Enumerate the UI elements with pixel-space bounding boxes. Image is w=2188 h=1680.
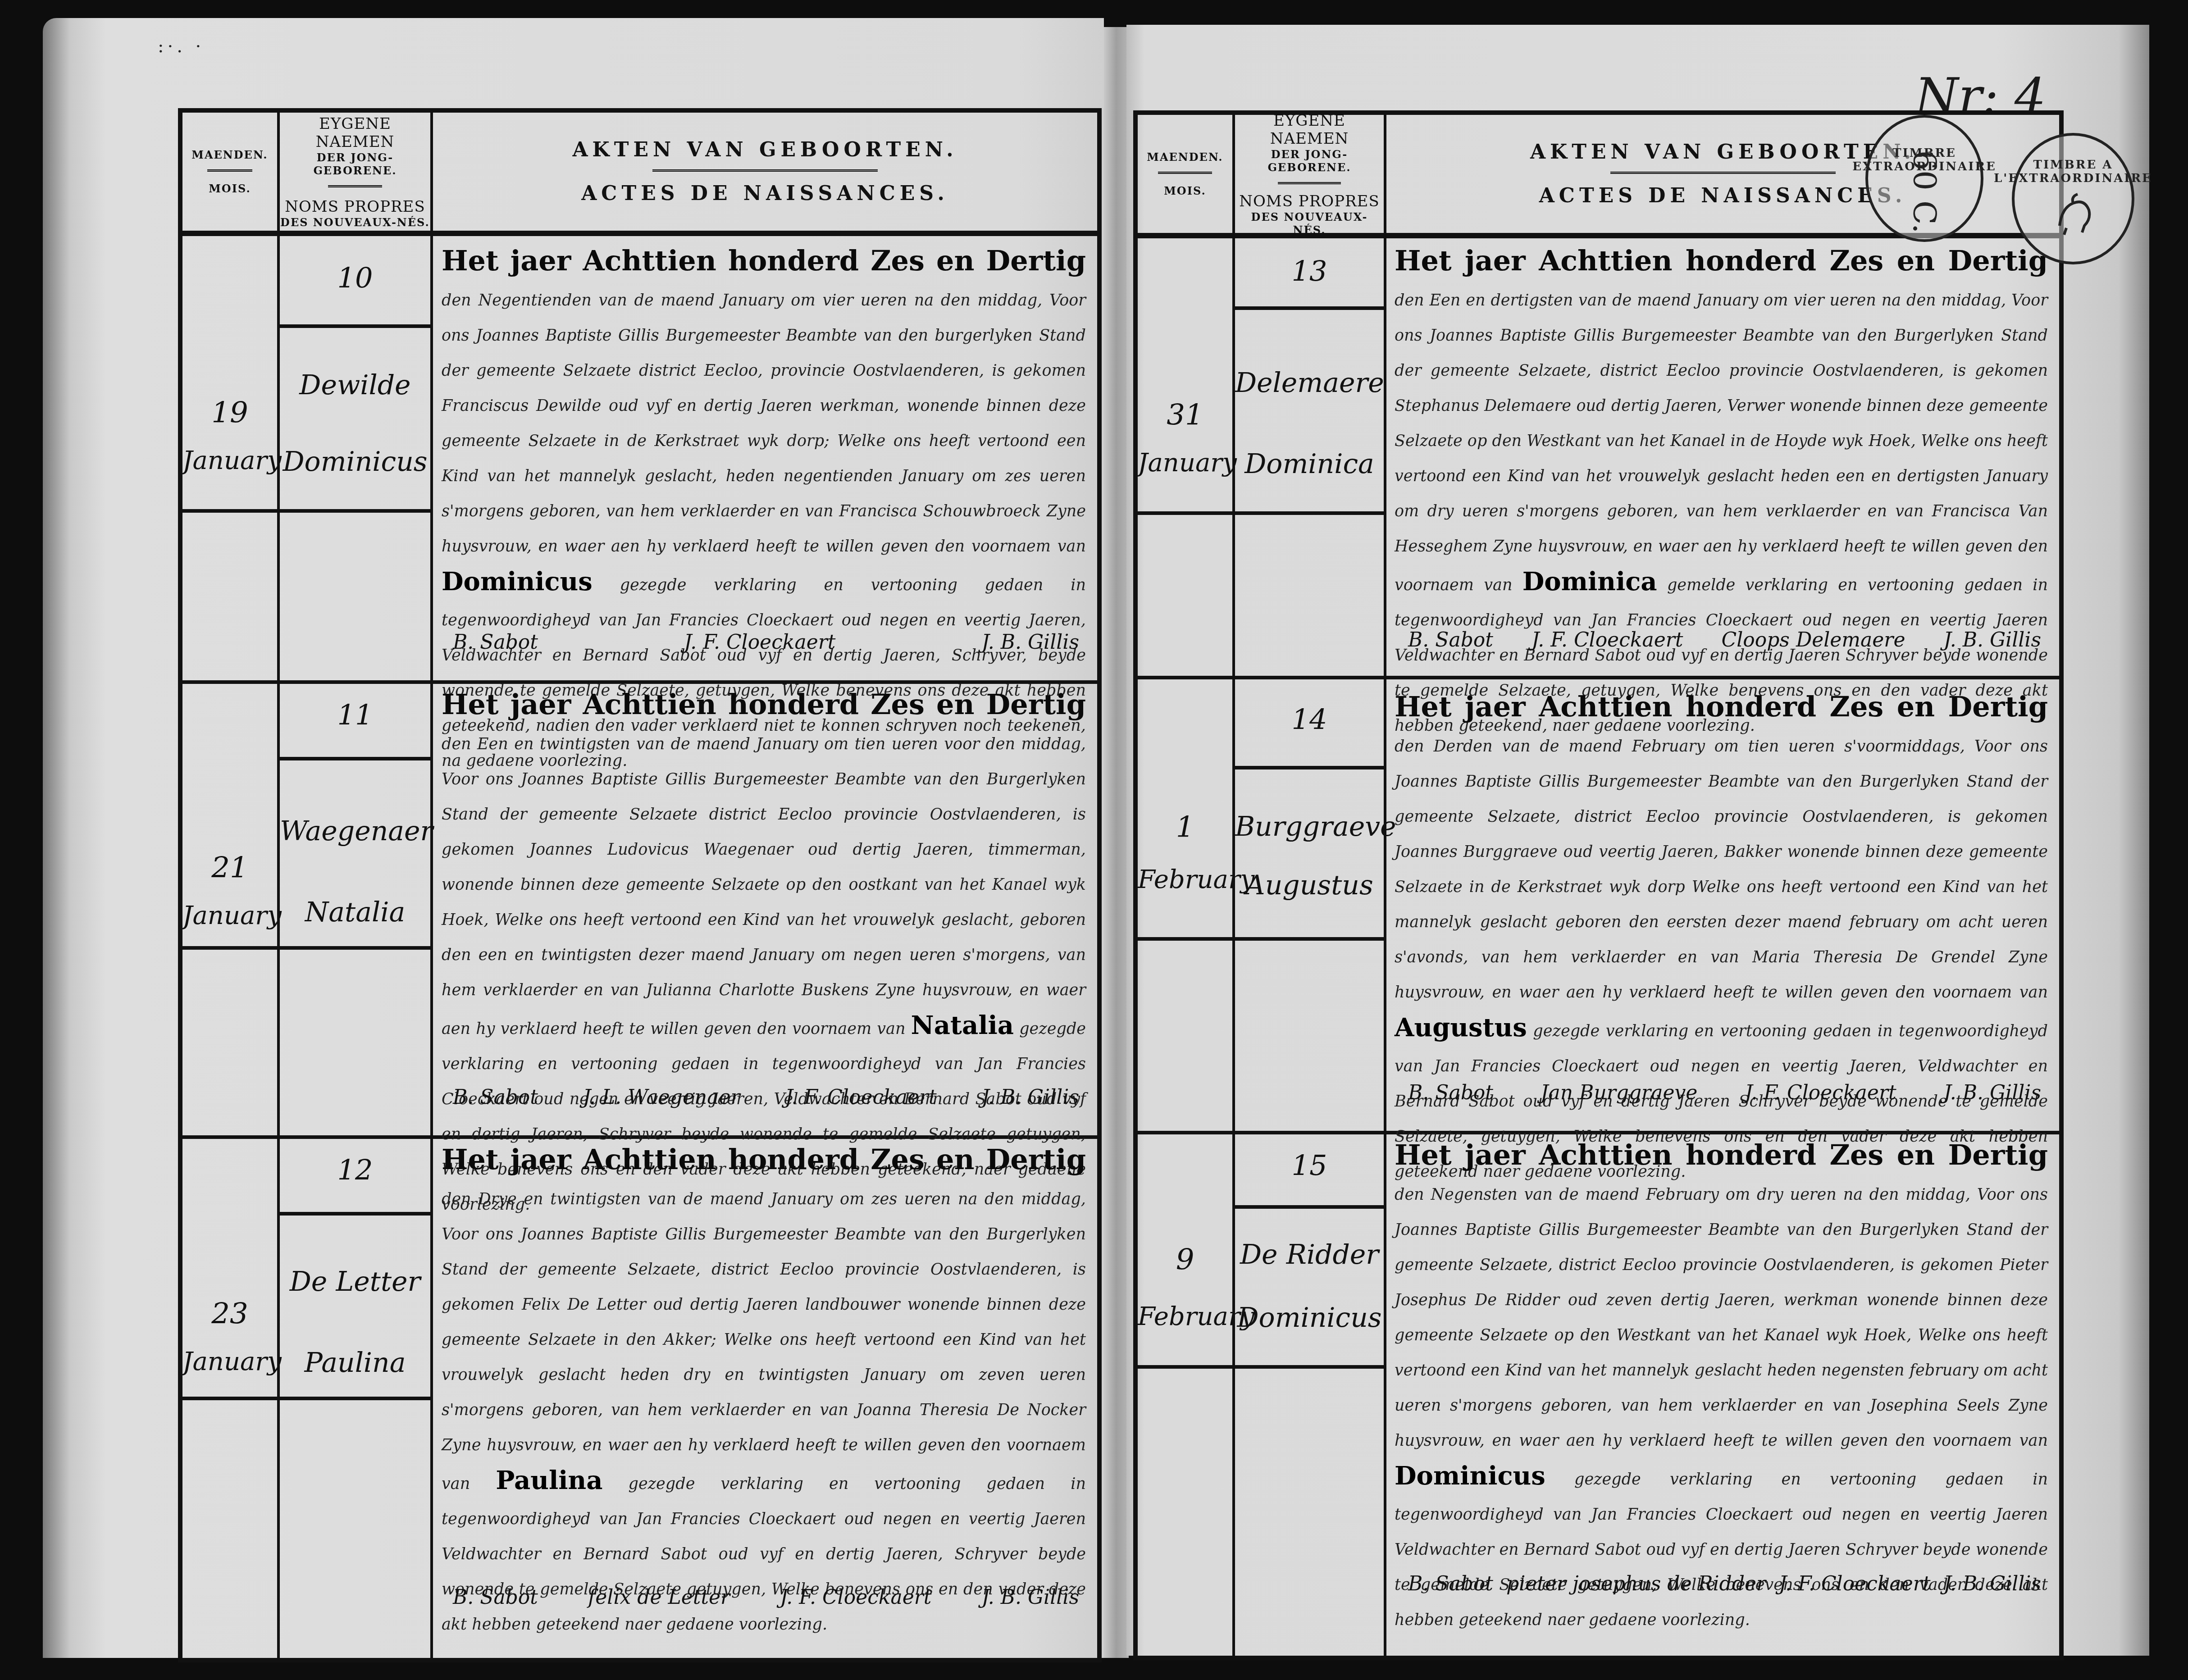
signature: B. Sabot: [1408, 628, 1493, 651]
signature: B. Sabot: [1408, 1572, 1493, 1595]
right-register-table: MAENDEN. MOIS. EYGENE NAEMEN DER JONG-GE…: [1133, 110, 2064, 1660]
child-surname: De Letter: [280, 1266, 430, 1298]
header-divider: [1158, 172, 1212, 176]
act-text: Het jaer Achttien honderd Zes en Dertig …: [442, 1142, 1086, 1642]
signature: J. B. Gillis: [1943, 628, 2041, 651]
header-month-nl: MAENDEN.: [1147, 150, 1223, 164]
signature: J. L. Waegenaer: [583, 1086, 740, 1109]
signatures: B. Sabot J. F. Cloeckaert J. B. Gillis: [435, 631, 1097, 654]
signature: J. F. Cloeckaert: [1745, 1081, 1896, 1104]
header-acts-fr: ACTES DE NAISSANCES.: [581, 182, 949, 205]
child-given-name: Dominicus: [280, 446, 430, 478]
birth-record: 9 February 15 De Ridder Dominicus Het ja…: [1138, 1131, 2059, 1656]
header-divider: [207, 169, 252, 174]
act-body: den Negensten van de maend February om d…: [1395, 1186, 2048, 1450]
revenue-stamp-60c: TIMBRE EXTRAORDINAIRE 60 C.: [1865, 115, 1983, 242]
act-featured-name: Dominicus: [1395, 1461, 1545, 1491]
child-given-name: Paulina: [280, 1347, 430, 1379]
name-divider: [1235, 306, 1384, 310]
name-divider: [1235, 1205, 1384, 1209]
record-month: January: [182, 446, 277, 475]
signature: pieter josephus de Ridder: [1506, 1572, 1766, 1595]
name-divider: [182, 946, 430, 950]
name-divider: [1138, 1365, 1384, 1369]
act-number: 11: [280, 698, 430, 731]
header-name-nl-sub: DER JONG-GEBORENE.: [280, 151, 430, 177]
act-number: 14: [1235, 703, 1384, 736]
record-day: 31: [1138, 399, 1232, 432]
header-month-column: MAENDEN. MOIS.: [1138, 115, 1232, 233]
header-name-column: EYGENE NAEMEN DER JONG-GEBORENE. NOMS PR…: [1235, 115, 1384, 233]
signature: J. B. Gillis: [981, 1086, 1079, 1109]
act-opening: Het jaer Achttien honderd Zes en Dertig: [442, 688, 1086, 721]
act-number: 10: [280, 261, 430, 294]
child-surname: Dewilde: [280, 369, 430, 401]
record-day: 19: [182, 396, 277, 430]
child-surname: Burggraeve: [1235, 811, 1384, 842]
corner-mark: :·. ·: [158, 36, 205, 57]
record-month: February: [1138, 865, 1232, 894]
act-number: 15: [1235, 1149, 1384, 1182]
act-body: den Een en twintigsten van de maend Janu…: [442, 735, 1086, 1038]
act-number: 12: [280, 1153, 430, 1186]
record-day: 9: [1138, 1243, 1232, 1277]
stamp-value: 60 C.: [1906, 150, 1943, 234]
header-divider: [1610, 172, 1836, 176]
header-divider: [328, 185, 382, 190]
header-name-fr-sub: DES NOUVEAUX-NÉS.: [280, 216, 430, 229]
signature: J. B. Gillis: [981, 631, 1079, 654]
act-text: Het jaer Achttien honderd Zes en Dertig …: [1395, 1138, 2048, 1638]
header-name-column: EYGENE NAEMEN DER JONG-GEBORENE. NOMS PR…: [280, 113, 430, 231]
name-divider: [182, 1397, 430, 1400]
child-surname: Waegenaer: [280, 815, 430, 847]
name-divider: [1138, 937, 1384, 941]
act-opening: Het jaer Achttien honderd Zes en Dertig: [442, 1143, 1086, 1176]
act-opening: Het jaer Achttien honderd Zes en Dertig: [1395, 690, 2048, 723]
act-featured-name: Dominicus: [442, 567, 593, 596]
act-opening: Het jaer Achttien honderd Zes en Dertig: [442, 244, 1086, 277]
birth-record: 1 February 14 Burggraeve Augustus Het ja…: [1138, 676, 2059, 1134]
act-opening: Het jaer Achttien honderd Zes en Dertig: [1395, 244, 2048, 277]
record-month: January: [182, 901, 277, 930]
header-acts-column: AKTEN VAN GEBOORTEN. ACTES DE NAISSANCES…: [433, 113, 1097, 231]
signature: J. F. Cloeckaert: [785, 1086, 936, 1109]
act-number: 13: [1235, 255, 1384, 287]
signature: Cloops Delemaere: [1721, 628, 1905, 651]
signature: Jan Burggraeve: [1541, 1081, 1697, 1104]
birth-record: 19 January 10 Dewilde Dominicus Het jaer…: [182, 234, 1097, 684]
signature: J. B. Gillis: [981, 1586, 1079, 1609]
signature: B. Sabot: [453, 631, 538, 654]
stamp-ring-text: TIMBRE A L'EXTRAORDINAIRE: [1994, 158, 2152, 185]
header-name-nl-sub: DER JONG-GEBORENE.: [1235, 148, 1384, 174]
signatures: B. Sabot felix de Letter J. F. Cloeckaer…: [435, 1586, 1097, 1609]
record-day: 1: [1138, 811, 1232, 844]
child-given-name: Dominica: [1235, 448, 1384, 480]
record-month: January: [182, 1347, 277, 1376]
signature: J. F. Cloeckaert: [1532, 628, 1683, 651]
signatures: B. Sabot J. F. Cloeckaert Cloops Delemae…: [1390, 628, 2059, 651]
name-divider: [182, 509, 430, 513]
lion-emblem-icon: [2046, 185, 2100, 239]
header-month-fr: MOIS.: [1164, 184, 1206, 197]
act-body-closing: gezegde verklaring en vertooning gedaen …: [442, 1475, 1086, 1634]
signature: J. B. Gillis: [1943, 1572, 2041, 1595]
act-body: den Drye en twintigsten van de maend Jan…: [442, 1190, 1086, 1493]
signature: felix de Letter: [588, 1586, 730, 1609]
record-day: 21: [182, 851, 277, 885]
signatures: B. Sabot pieter josephus de Ridder J. F.…: [1390, 1572, 2059, 1595]
child-given-name: Augustus: [1235, 870, 1384, 901]
record-month: January: [1138, 448, 1232, 478]
header-month-column: MAENDEN. MOIS.: [182, 113, 277, 231]
act-body-closing: gezegde verklaring en vertooning gedaen …: [1395, 1471, 2048, 1629]
header-name-fr-sub: DES NOUVEAUX-NÉS.: [1235, 210, 1384, 237]
act-opening: Het jaer Achttien honderd Zes en Dertig: [1395, 1138, 2048, 1171]
birth-record: 31 January 13 Delemaere Dominica Het jae…: [1138, 237, 2059, 679]
name-divider: [280, 324, 430, 328]
signatures: B. Sabot J. L. Waegenaer J. F. Cloeckaer…: [435, 1086, 1097, 1109]
signature: J. F. Cloeckaert: [780, 1586, 931, 1609]
act-featured-name: Dominica: [1522, 567, 1657, 596]
name-divider: [1138, 511, 1384, 515]
birth-record: 21 January 11 Waegenaer Natalia Het jaer…: [182, 680, 1097, 1139]
child-given-name: Dominicus: [1235, 1302, 1384, 1334]
record-month: February: [1138, 1302, 1232, 1331]
signature: J. B. Gillis: [1943, 1081, 2041, 1104]
act-featured-name: Natalia: [911, 1011, 1014, 1040]
act-body: den Derden van de maend February om tien…: [1395, 738, 2048, 1002]
table-header: MAENDEN. MOIS. EYGENE NAEMEN DER JONG-GE…: [182, 113, 1097, 236]
left-register-table: MAENDEN. MOIS. EYGENE NAEMEN DER JONG-GE…: [178, 108, 1102, 1662]
child-given-name: Natalia: [280, 897, 430, 928]
header-name-fr-title: NOMS PROPRES: [1239, 192, 1379, 210]
signature: J. F. Cloeckaert: [684, 631, 835, 654]
header-divider: [652, 169, 878, 174]
act-text: Het jaer Achttien honderd Zes en Dertig …: [1395, 689, 2048, 1189]
child-surname: De Ridder: [1235, 1239, 1384, 1270]
revenue-stamp-lion: TIMBRE A L'EXTRAORDINAIRE: [2012, 133, 2134, 264]
act-body: den Negentienden van de maend January om…: [442, 291, 1086, 555]
child-surname: Delemaere: [1235, 367, 1384, 399]
header-acts-nl: AKTEN VAN GEBOORTEN.: [572, 138, 957, 161]
header-acts-fr: ACTES DE NAISSANCES.: [1539, 184, 1907, 207]
header-month-nl: MAENDEN.: [191, 148, 268, 161]
name-divider: [1235, 766, 1384, 769]
header-divider: [1278, 182, 1341, 184]
header-name-nl-title: EYGENE NAEMEN: [280, 115, 430, 151]
act-text: Het jaer Achttien honderd Zes en Dertig …: [1395, 243, 2048, 743]
act-body: den Een en dertigsten van de maend Janua…: [1395, 291, 2048, 594]
record-day: 23: [182, 1298, 277, 1331]
act-featured-name: Paulina: [496, 1466, 602, 1495]
book-gutter: [1104, 27, 1129, 1658]
signature: B. Sabot: [453, 1086, 538, 1109]
signatures: B. Sabot Jan Burggraeve J. F. Cloeckaert…: [1390, 1081, 2059, 1104]
name-divider: [280, 757, 430, 760]
header-name-fr-title: NOMS PROPRES: [285, 198, 425, 216]
act-featured-name: Augustus: [1395, 1013, 1527, 1043]
signature: B. Sabot: [453, 1586, 538, 1609]
signature: J. F. Cloeckaert: [1779, 1572, 1930, 1595]
signature: B. Sabot: [1408, 1081, 1493, 1104]
birth-record: 23 January 12 De Letter Paulina Het jaer…: [182, 1135, 1097, 1658]
header-name-nl-title: EYGENE NAEMEN: [1235, 112, 1384, 148]
header-month-fr: MOIS.: [209, 182, 251, 195]
name-divider: [280, 1212, 430, 1216]
